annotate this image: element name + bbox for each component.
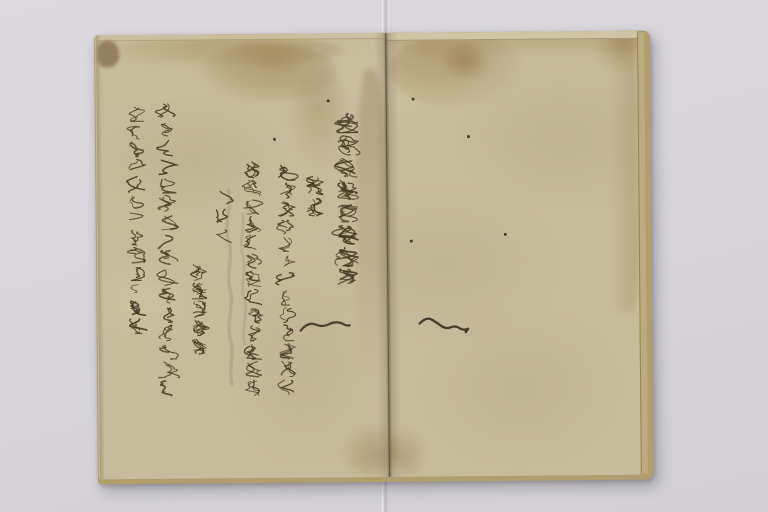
text-column-kotobagaki-line-2: 不改色といふことをよませ給	[238, 157, 268, 405]
text-column-section-heading: 賀部	[299, 171, 329, 225]
text-column-kotobagaki-line-1: 長治二年三月五日内裏にて行	[272, 160, 302, 404]
column-transcript: まへる	[208, 183, 237, 253]
column-transcript: 金葉和謌集巻第五	[330, 108, 366, 298]
column-transcript: なられてのれをそちわきつる	[121, 101, 153, 343]
text-column-poem-line-1: ちよふれど松のうはせねかはそをは	[151, 98, 186, 406]
column-transcript: ちよふれど松のうはせねかはそをは	[151, 98, 186, 406]
text-column-poet-attribution: 堀河院御製	[186, 259, 213, 363]
text-column-poem-line-2: なられてのれをそちわきつる	[121, 101, 153, 343]
column-transcript: 長治二年三月五日内裏にて行	[272, 160, 302, 404]
text-column-kotobagaki-line-3: まへる	[208, 183, 237, 253]
column-transcript: 堀河院御製	[186, 259, 213, 363]
column-transcript: 不改色といふことをよませ給	[238, 157, 268, 405]
calligraphy-text-layer: 金葉和謌集巻第五賀部長治二年三月五日内裏にて行不改色といふことをよませ給まへる堀…	[95, 31, 641, 480]
open-pages: 金葉和謌集巻第五賀部長治二年三月五日内裏にて行不改色といふことをよませ給まへる堀…	[95, 31, 641, 480]
photo-backdrop: 金葉和謌集巻第五賀部長治二年三月五日内裏にて行不改色といふことをよませ給まへる堀…	[0, 0, 768, 512]
text-column-volume-title: 金葉和謌集巻第五	[330, 108, 366, 298]
column-transcript: 賀部	[299, 171, 329, 225]
manuscript-book: 金葉和謌集巻第五賀部長治二年三月五日内裏にて行不改色といふことをよませ給まへる堀…	[94, 31, 654, 485]
